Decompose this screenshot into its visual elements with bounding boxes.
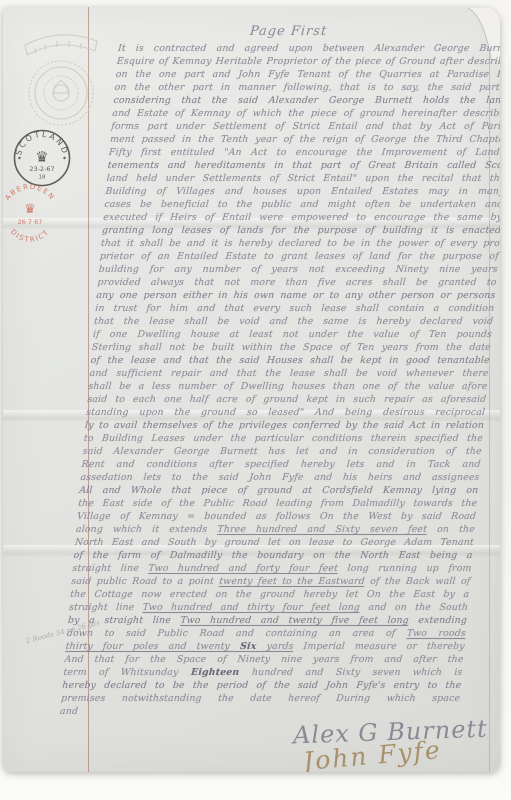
manuscript-line: standing upon the ground so leased" And … bbox=[86, 406, 486, 419]
manuscript-line: granting long leases of lands for the pu… bbox=[102, 224, 500, 237]
manuscript-line: of the lease and that the said Houses sh… bbox=[90, 354, 490, 367]
manuscript-line: considering that the said Alexander Geor… bbox=[113, 94, 500, 107]
manuscript-line: down to said Public Road and containing … bbox=[66, 627, 466, 640]
aberdeen-district-stamp: ABERDEEN ♛ 26 7 67 DISTRICT bbox=[3, 179, 63, 259]
manuscript-lines: It is contracted and agreed upon between… bbox=[59, 42, 500, 718]
manuscript-line: building for any number of years not exc… bbox=[98, 263, 498, 276]
manuscript-line: said to each one half acre of ground kep… bbox=[87, 393, 487, 406]
crown-icon: ♛ bbox=[24, 202, 36, 217]
manuscript-line: prietor of an Entailed Estate to grant l… bbox=[99, 250, 499, 263]
manuscript-line: the East side of the Public Road leading… bbox=[78, 497, 478, 510]
manuscript-line: provided always that not more than five … bbox=[97, 276, 497, 289]
manuscript-line: and Estate of Kemnay of which the piece … bbox=[112, 107, 500, 120]
svg-text:ABERDEEN: ABERDEEN bbox=[4, 183, 57, 202]
manuscript-line: if one Dwelling house at least not under… bbox=[92, 328, 492, 341]
manuscript-line: Sterling shall not be built within the S… bbox=[91, 341, 491, 354]
manuscript-line: straight line Two hundred and thirty fou… bbox=[69, 601, 469, 614]
manuscript-line: that the lease shall be void and the sam… bbox=[94, 315, 494, 328]
aberdeen-stamp-bottom-text: DISTRICT bbox=[9, 228, 51, 244]
manuscript-line: in trust for him and that every such lea… bbox=[95, 302, 495, 315]
manuscript-line: premises notwithstanding the date hereof… bbox=[61, 692, 461, 705]
manuscript-line: of the farm of Dalmadilly the boundary o… bbox=[73, 549, 473, 562]
manuscript-line: executed if Heirs of Entail were empower… bbox=[103, 211, 500, 224]
manuscript-line: by a straight line Two hundred and twent… bbox=[67, 614, 467, 627]
manuscript-line: forms part under Settlement of Strict En… bbox=[111, 120, 500, 133]
manuscript-line: assedation lets to the said John Fyfe an… bbox=[80, 471, 480, 484]
manuscript-line: said public Road to a point twenty feet … bbox=[71, 575, 471, 588]
manuscript-line: All and Whole that piece of ground at Co… bbox=[79, 484, 479, 497]
manuscript-line: along which it extends Three hundred and… bbox=[75, 523, 475, 536]
svg-text:DISTRICT: DISTRICT bbox=[9, 228, 51, 244]
manuscript-line: hereby declared to be the period of the … bbox=[62, 679, 462, 692]
manuscript-line: cases be beneficial to the public and mi… bbox=[104, 198, 500, 211]
crown-icon: ♛ bbox=[35, 148, 48, 166]
manuscript-line: on the other part in manner following, t… bbox=[114, 81, 500, 94]
manuscript-line: shall be a less number of Dwelling house… bbox=[88, 380, 488, 393]
manuscript-line: tenements and hereditaments in that part… bbox=[107, 159, 500, 172]
manuscript-line: It is contracted and agreed upon between… bbox=[117, 42, 500, 55]
manuscript-line: Rent and conditions after specified here… bbox=[81, 458, 481, 471]
aberdeen-stamp-text: ABERDEEN bbox=[4, 183, 57, 202]
manuscript-line: term of Whitsunday Eighteen hundred and … bbox=[63, 666, 463, 679]
manuscript-line: And that for the Space of Ninety nine ye… bbox=[64, 653, 464, 666]
manuscript-line: on the one part and John Fyfe Tenant of … bbox=[115, 68, 500, 81]
manuscript-line: Village of Kemnay = bounded as follows O… bbox=[76, 510, 476, 523]
manuscript-line: any one person either in his own name or… bbox=[96, 289, 496, 302]
scotland-stamp-date: 23-2-67 bbox=[29, 165, 54, 173]
manuscript-line: said Alexander George Burnett has let an… bbox=[82, 445, 482, 458]
manuscript-line: and bbox=[59, 705, 459, 718]
manuscript-line: thirty four poles and twenty Six yards I… bbox=[65, 640, 465, 653]
manuscript-line: ly to avail themselves of the privileges… bbox=[84, 419, 484, 432]
manuscript-line: Fifty first entituled "An Act to encoura… bbox=[108, 146, 500, 159]
document-page: SCOTLAND ♛ 23-2-67 18 ABERDEEN ♛ 26 7 67… bbox=[3, 7, 500, 772]
aberdeen-stamp-date: 26 7 67 bbox=[18, 218, 43, 226]
page-title: Page First bbox=[88, 24, 489, 39]
manuscript-line: ment passed in the Tenth year of the rei… bbox=[109, 133, 500, 146]
manuscript-line: Building of Villages and houses upon Ent… bbox=[105, 185, 500, 198]
manuscript-line: straight line Two hundred and forty four… bbox=[72, 562, 472, 575]
manuscript-line: that it shall be and it is hereby declar… bbox=[100, 237, 500, 250]
manuscript-line: Esquire of Kemnay Heritable Proprietor o… bbox=[116, 55, 500, 68]
manuscript-line: and sufficient repair and that the lease… bbox=[89, 367, 489, 380]
manuscript-line: North East and South by ground let on le… bbox=[74, 536, 474, 549]
manuscript-line: land held under Settlements of Strict En… bbox=[106, 172, 500, 185]
manuscript-line: to Building Leases under the particular … bbox=[83, 432, 483, 445]
manuscript-line: the Cottage now erected on the ground he… bbox=[70, 588, 470, 601]
